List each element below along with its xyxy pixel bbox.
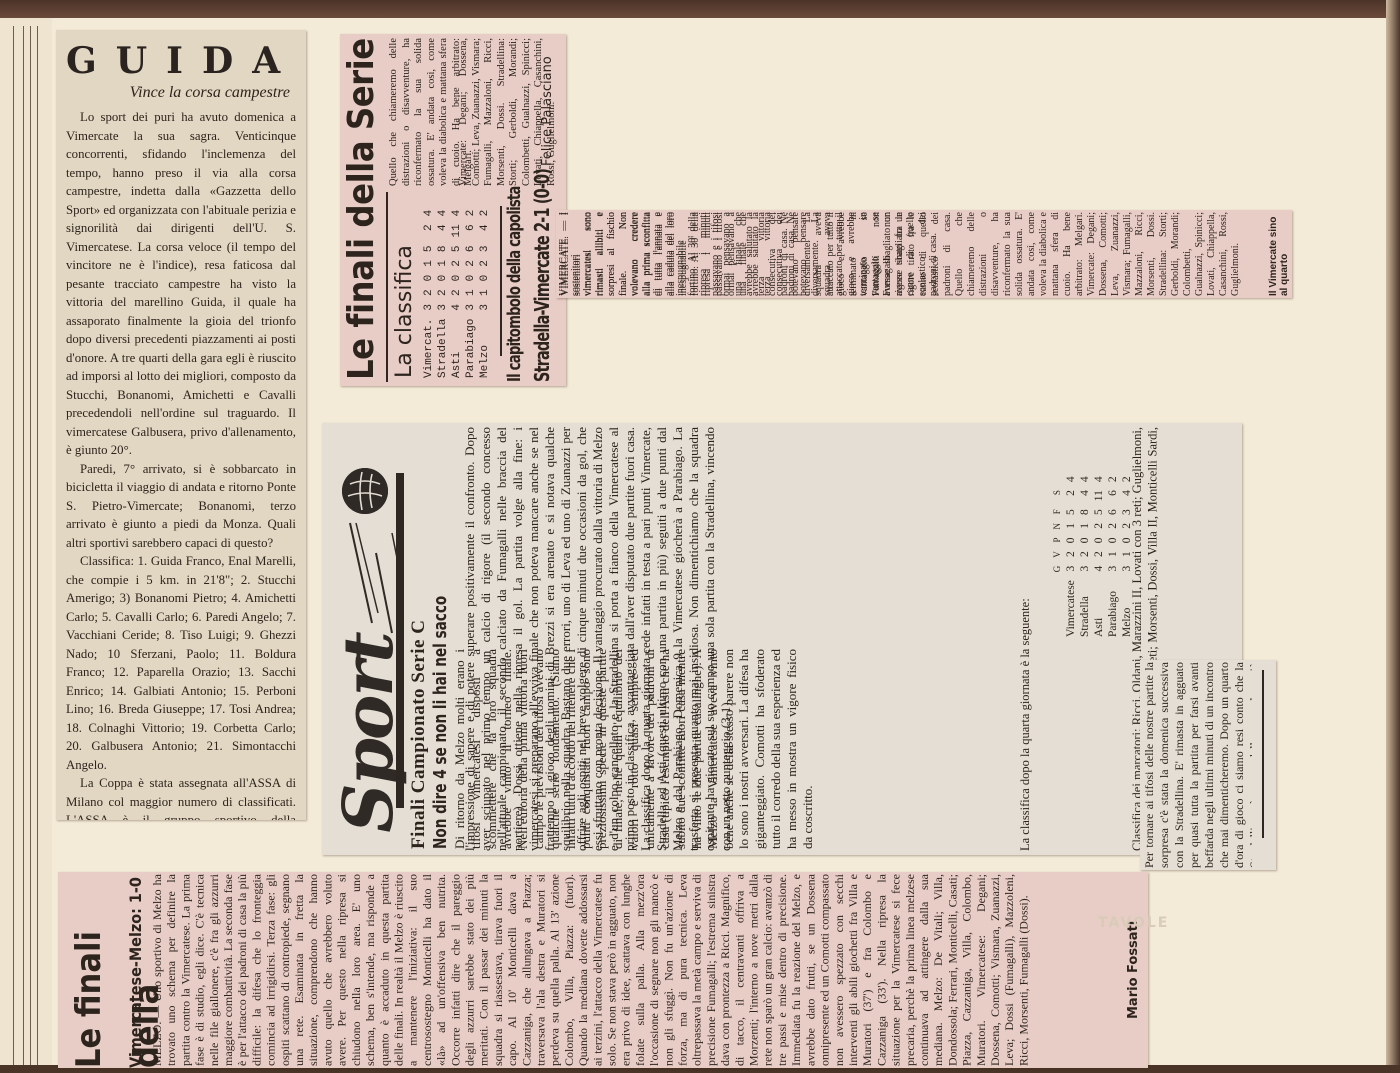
standings-row: Asti42025114 — [1092, 472, 1106, 641]
headline: Non dire 4 se non li hai nel sacco — [430, 596, 451, 849]
album-binding-edges — [0, 18, 53, 1073]
album-cover-right — [1386, 0, 1400, 1073]
byline: Felice Palasciano — [540, 56, 555, 166]
clipping-serie-c-nord-continuation: VIMERCATE. — I sostenitori vimercatesi s… — [556, 210, 1292, 298]
football-icon — [342, 468, 388, 514]
article-body: MELZO. — Uno sportivo di Melzo ha trovat… — [150, 874, 1120, 1066]
match-headline: Vimercatese-Melzo: 1-0 (1-0) — [124, 872, 148, 1068]
standings-row: Melzo3102342 — [478, 206, 492, 382]
headline: Le finali della Serie C-Nord — [342, 34, 382, 380]
headline: Le finali della — [60, 872, 120, 1068]
standings-title: La classifica — [392, 245, 417, 378]
album-cover-top — [0, 0, 1400, 18]
paragraph: Lo sport dei puri ha avuto domenica a Vi… — [66, 108, 296, 460]
faint-show-through-text: TAVOLE — [1098, 915, 1169, 931]
clipping-serie-c-nord: Le finali della Serie C-Nord La classifi… — [340, 34, 566, 386]
standings-row: Asti42025114 — [450, 206, 464, 382]
paragraph: Classifica: 1. Guida Franco, Enal Marell… — [66, 552, 296, 774]
standings-row: Parabiago3102662 — [1106, 472, 1120, 641]
standings-row: Parabiago3102662 — [464, 206, 478, 382]
standings-row: Stradella3201844 — [436, 206, 450, 382]
paragraph: Paredi, 7° arrivato, si è sobbarcato in … — [66, 460, 296, 553]
standings-row: Vimercatese3201524 — [1064, 472, 1078, 641]
clipping-guida: GUIDA Vince la corsa campestre Lo sport … — [56, 30, 306, 820]
standings-table: Vimercat.3201524Stradella3201844Asti4202… — [422, 206, 492, 382]
match-headline: Stradella-Vimercate 2-1 (0-0) — [530, 169, 554, 382]
clipping-title: GUIDA — [66, 40, 296, 82]
paragraph: La Coppa è stata assegnata all'ASSA di M… — [66, 774, 296, 820]
logo-bar — [396, 473, 404, 808]
subheadline: Il capitombolo della capolista — [504, 186, 525, 382]
byline: Mario Fossati — [1122, 872, 1146, 1068]
standings-row: Stradella3201844 — [1078, 472, 1092, 641]
clipping-vimercatese-melzo: Le finali della Vimercatese-Melzo: 1-0 (… — [58, 872, 1148, 1068]
end-rule — [1262, 670, 1264, 838]
lead-text-continued: VIMERCATE. — I sostenitori vimercatesi s… — [558, 212, 1290, 296]
clipping-sport: Sport Finali Campionato Serie C Non dire… — [322, 423, 1242, 855]
tail-text: Il Vimercate sino al quarto — [1268, 212, 1290, 296]
standings-table: GVPNFS Vimercatese3201524Stradella320184… — [1050, 441, 1130, 641]
clipping-sport-continuation: Per tornare ai tifosi delle nostre parti… — [1140, 660, 1276, 870]
sport-logo: Sport — [332, 443, 406, 843]
scrapbook-page: GUIDA Vince la corsa campestre Lo sport … — [0, 0, 1400, 1073]
kicker: Finali Campionato Serie C — [408, 620, 430, 849]
standings-row: Vimercat.3201524 — [422, 206, 436, 382]
column-4: Per tornare ai tifosi delle nostre parti… — [1142, 662, 1252, 868]
clipping-subtitle: Vince la corsa campestre — [66, 84, 296, 102]
